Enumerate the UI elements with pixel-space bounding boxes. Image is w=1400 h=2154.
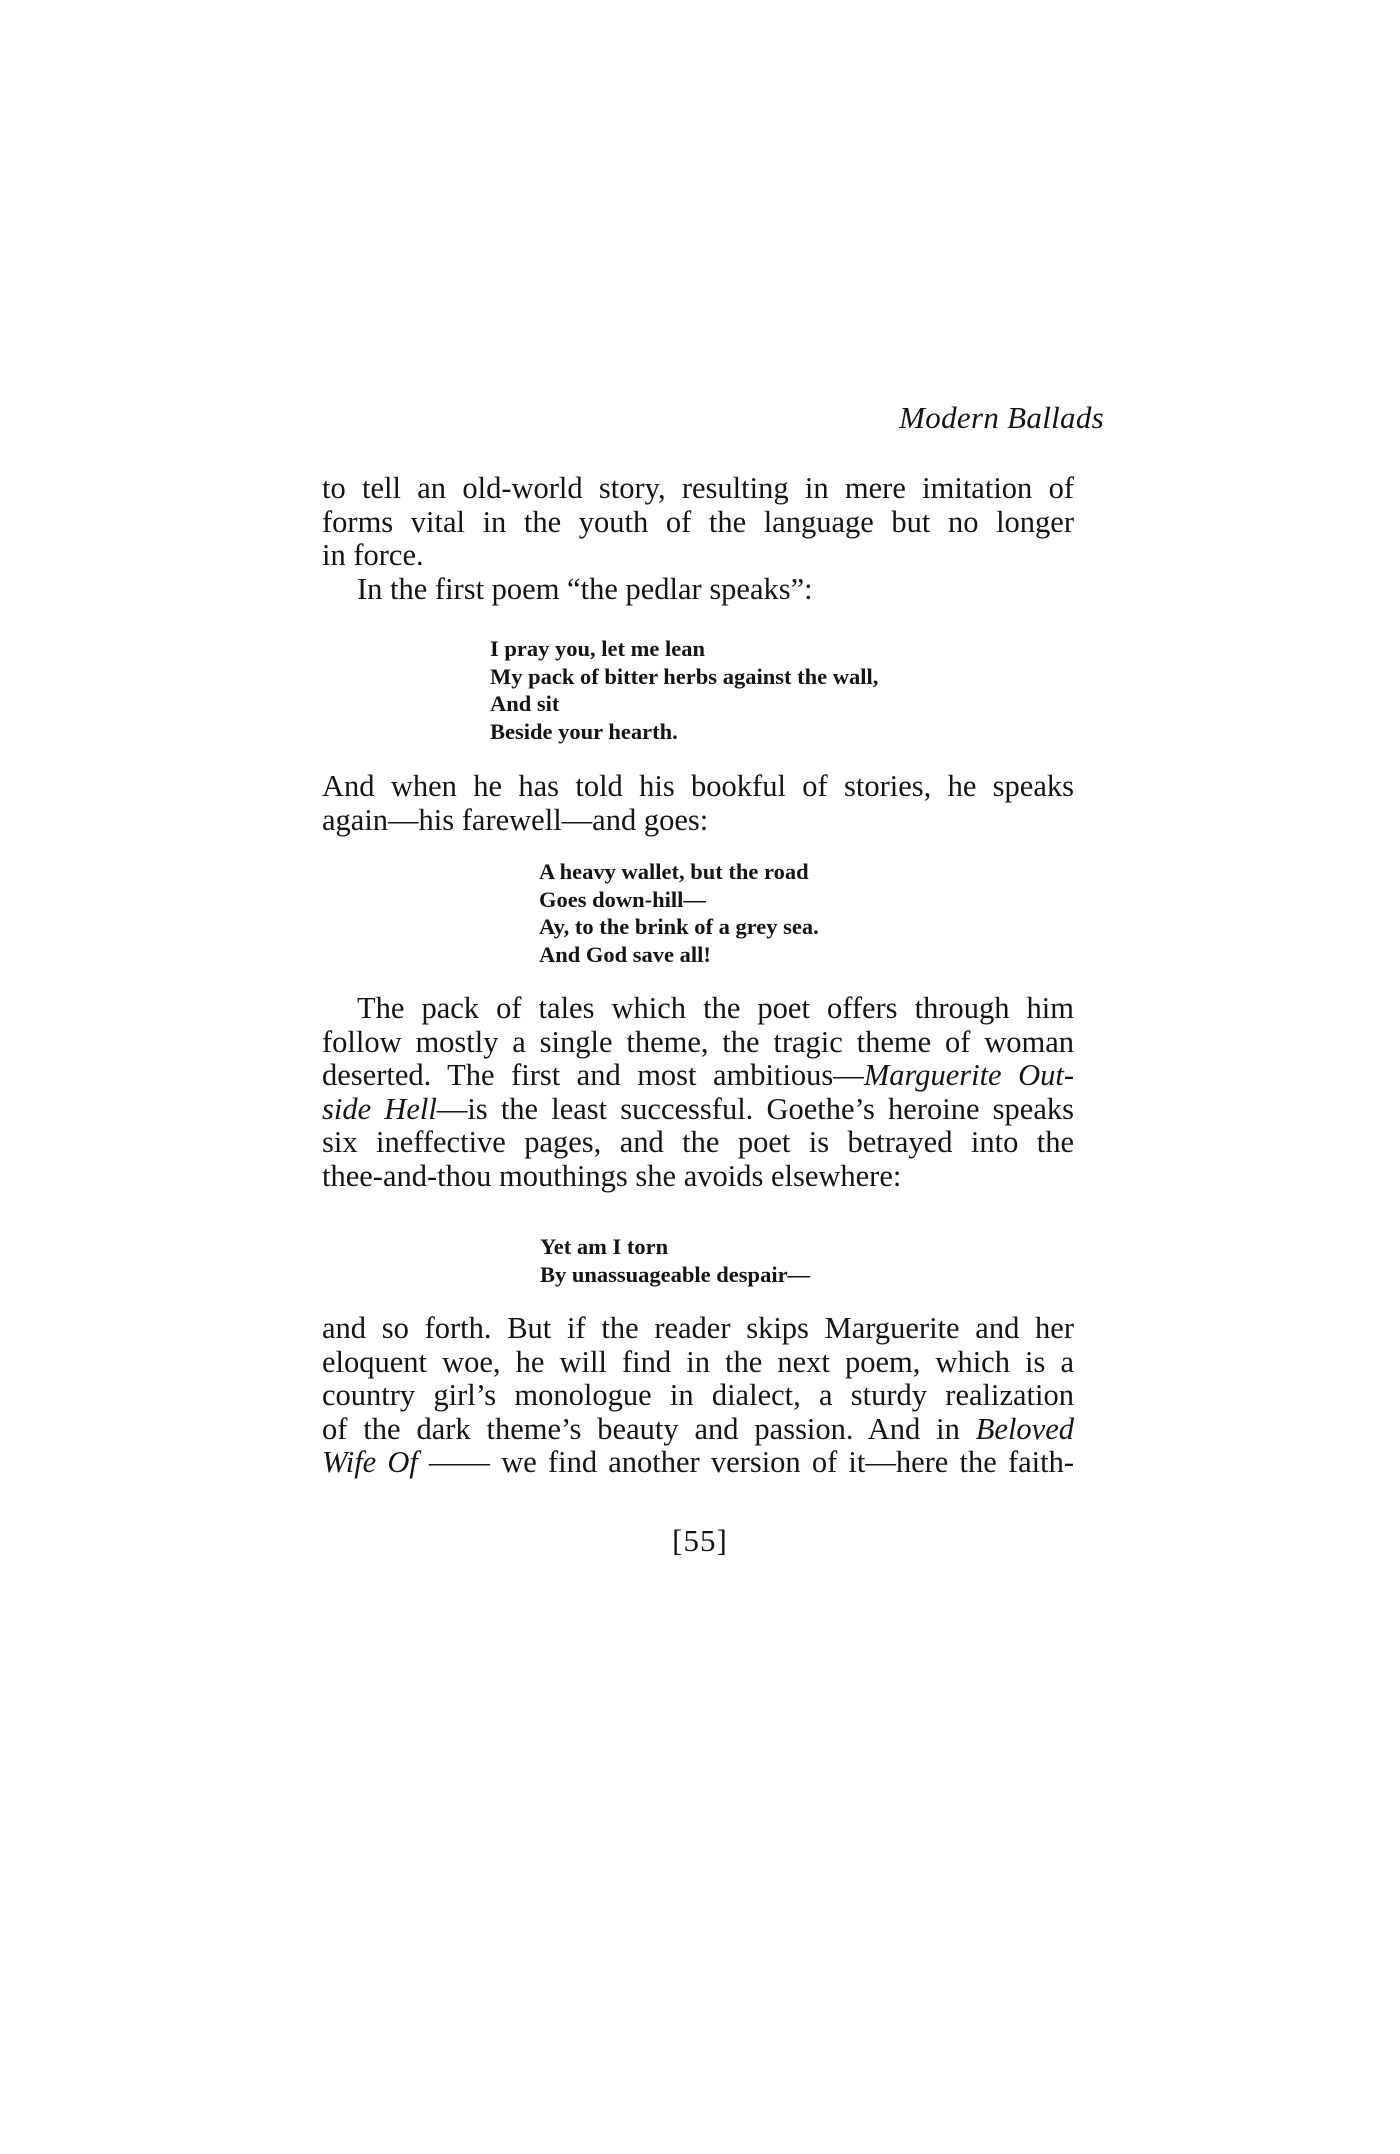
- verse-line: My pack of bitter herbs against the wall…: [490, 663, 878, 691]
- verse-line: And God save all!: [539, 941, 819, 969]
- paragraph-pack-of-tales: The pack of tales which the poet offers …: [322, 992, 1074, 1193]
- verse-line: And sit: [490, 690, 878, 718]
- text-line: deserted. The first and most ambitious—M…: [322, 1059, 1074, 1093]
- verse-line: Beside your hearth.: [490, 718, 878, 746]
- text-run: —is the least successful. Goethe’s heroi…: [437, 1092, 1074, 1126]
- verse-line: A heavy wallet, but the road: [539, 858, 819, 886]
- text-line: to tell an old-world story, resulting in…: [322, 472, 1074, 506]
- text-line: eloquent woe, he will find in the next p…: [322, 1346, 1074, 1380]
- paragraph-opening: to tell an old-world story, resulting in…: [322, 472, 1074, 573]
- text-line: of the dark theme’s beauty and passion. …: [322, 1413, 1074, 1447]
- text-line: follow mostly a single theme, the tragic…: [322, 1026, 1074, 1060]
- text-run: —— we find another version of it—here th…: [418, 1445, 1074, 1479]
- paragraph-farewell: And when he has told his bookful of stor…: [322, 770, 1074, 837]
- text-line: thee-and-thou mouthings she avoids elsew…: [322, 1160, 1074, 1194]
- title-marguerite-outside-hell-cont: side Hell: [322, 1092, 437, 1126]
- text-run: of the dark theme’s beauty and passion. …: [322, 1412, 976, 1446]
- title-beloved-wife-of-cont: Wife Of: [322, 1445, 418, 1479]
- verse-line: By unassuageable despair—: [540, 1261, 810, 1289]
- text-line: six ineffective pages, and the poet is b…: [322, 1126, 1074, 1160]
- title-beloved-wife-of: Beloved: [976, 1412, 1074, 1446]
- text-line: side Hell—is the least successful. Goeth…: [322, 1093, 1074, 1127]
- text-line: Wife Of —— we find another version of it…: [322, 1446, 1074, 1480]
- text-line: forms vital in the youth of the language…: [322, 506, 1074, 540]
- verse-quote-farewell: A heavy wallet, but the road Goes down-h…: [539, 858, 819, 968]
- text-line: again—his farewell—and goes:: [322, 804, 1074, 838]
- paragraph-and-so-forth: and so forth. But if the reader skips Ma…: [322, 1312, 1074, 1480]
- text-run: deserted. The first and most ambitious—: [322, 1058, 864, 1092]
- verse-quote-pedlar: I pray you, let me lean My pack of bitte…: [490, 635, 878, 745]
- verse-line: I pray you, let me lean: [490, 635, 878, 663]
- book-page: Modern Ballads to tell an old-world stor…: [0, 0, 1400, 2154]
- title-marguerite-outside-hell: Marguerite Out-: [864, 1058, 1074, 1092]
- text-line: in force.: [322, 539, 1074, 573]
- paragraph-pedlar-intro: In the first poem “the pedlar speaks”:: [322, 573, 1074, 607]
- running-head: Modern Ballads: [700, 398, 1104, 438]
- text-line: country girl’s monologue in dialect, a s…: [322, 1379, 1074, 1413]
- text-line: In the first poem “the pedlar speaks”:: [322, 573, 1074, 607]
- text-line: The pack of tales which the poet offers …: [322, 992, 1074, 1026]
- verse-line: Yet am I torn: [540, 1233, 810, 1261]
- verse-quote-marguerite: Yet am I torn By unassuageable despair—: [540, 1233, 810, 1288]
- text-line: and so forth. But if the reader skips Ma…: [322, 1312, 1074, 1346]
- page-number: [55]: [0, 1521, 1400, 1561]
- text-line: And when he has told his bookful of stor…: [322, 770, 1074, 804]
- verse-line: Ay, to the brink of a grey sea.: [539, 913, 819, 941]
- verse-line: Goes down-hill—: [539, 886, 819, 914]
